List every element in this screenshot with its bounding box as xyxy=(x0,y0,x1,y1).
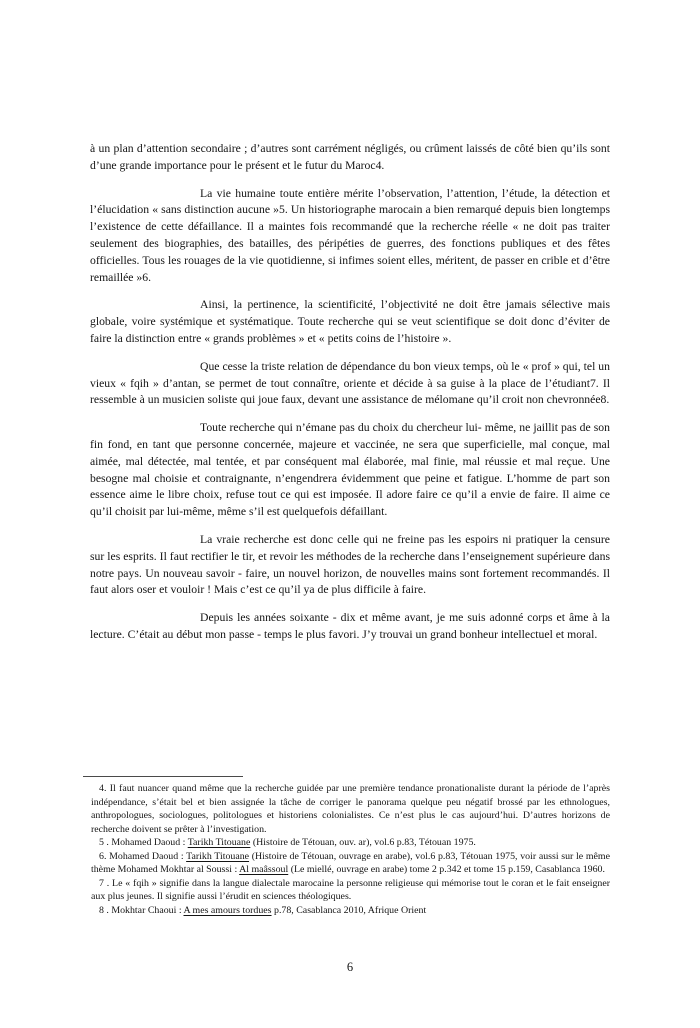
paragraph: Ainsi, la pertinence, la scientificité, … xyxy=(90,297,610,347)
footnote-text: 5 . Mohamed Daoud : xyxy=(99,837,188,848)
footnote-text: (Histoire de Tétouan, ouv. ar), vol.6 p.… xyxy=(250,837,476,848)
footnote-text: (Le miellé, ouvrage en arabe) tome 2 p.3… xyxy=(288,864,605,875)
book-title: Tarikh Titouane xyxy=(186,851,249,862)
book-title: A mes amours tordues xyxy=(183,905,271,916)
page-number: 6 xyxy=(90,960,610,975)
footnote-text: 8 . Mokhtar Chaoui : xyxy=(99,905,183,916)
footnote: 8 . Mokhtar Chaoui : A mes amours tordue… xyxy=(91,904,610,918)
paragraph: La vie humaine toute entière mérite l’ob… xyxy=(90,186,610,287)
footnote-text: p.78, Casablanca 2010, Afrique Orient xyxy=(272,905,427,916)
footnote: 5 . Mohamed Daoud : Tarikh Titouane (His… xyxy=(91,836,610,850)
book-title: Tarikh Titouane xyxy=(188,837,251,848)
footnote-text: 7 . Le « fqih » signifie dans la langue … xyxy=(91,878,610,903)
paragraph: à un plan d’attention secondaire ; d’aut… xyxy=(90,141,610,175)
footnote-text: 6. Mohamed Daoud : xyxy=(99,851,186,862)
paragraph: Depuis les années soixante - dix et même… xyxy=(90,610,610,644)
footnotes: 4. Il faut nuancer quand même que la rec… xyxy=(91,782,610,917)
footnote-separator xyxy=(83,776,243,777)
footnote-text: 4. Il faut nuancer quand même que la rec… xyxy=(91,783,610,835)
paragraph: Que cesse la triste relation de dépendan… xyxy=(90,359,610,409)
document-page: à un plan d’attention secondaire ; d’aut… xyxy=(0,0,700,1028)
footnote: 4. Il faut nuancer quand même que la rec… xyxy=(91,782,610,836)
footnote: 7 . Le « fqih » signifie dans la langue … xyxy=(91,877,610,904)
body-text: à un plan d’attention secondaire ; d’aut… xyxy=(90,141,610,655)
paragraph: La vraie recherche est donc celle qui ne… xyxy=(90,532,610,599)
footnote: 6. Mohamed Daoud : Tarikh Titouane (Hist… xyxy=(91,850,610,877)
book-title: Al maâssoul xyxy=(239,864,288,875)
paragraph: Toute recherche qui n’émane pas du choix… xyxy=(90,420,610,521)
